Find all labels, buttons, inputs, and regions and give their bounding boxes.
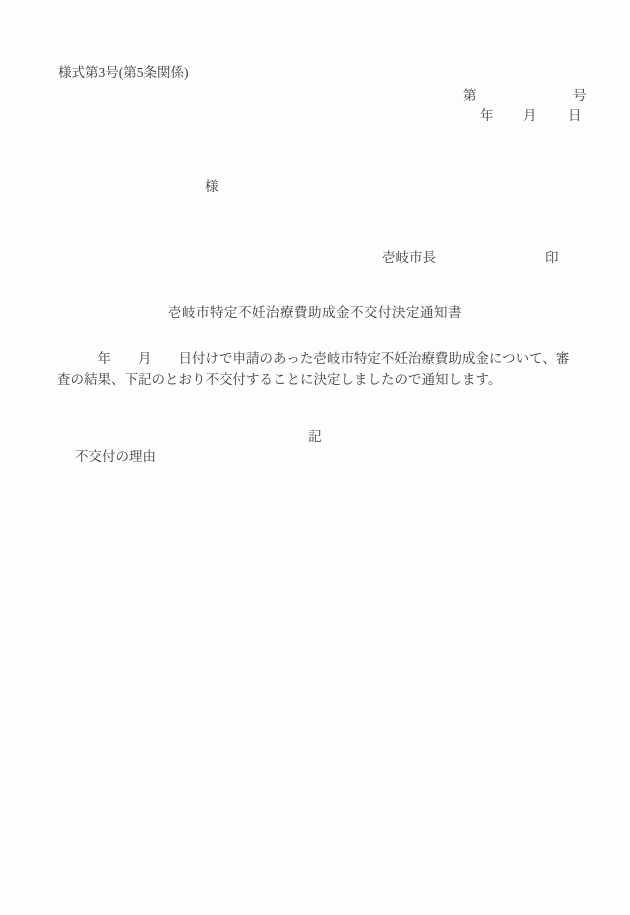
body-paragraph: 年 月 日付けで申請のあった壱岐市特定不妊治療費助成金について、審 査の結果、下…	[57, 348, 589, 390]
date-month-label: 月	[523, 109, 537, 123]
addressee-honorific: 様	[205, 180, 219, 194]
document-number-prefix: 第	[463, 89, 477, 103]
document-page: 様式第3号(第5条関係) 第 号 年 月 日 様 壱岐市長 印 壱岐市特定不妊治…	[0, 0, 630, 915]
seal-mark: 印	[545, 251, 559, 265]
date-day-label: 日	[568, 109, 582, 123]
date-year-label: 年	[480, 109, 494, 123]
form-number-label: 様式第3号(第5条関係)	[58, 66, 189, 80]
document-number-suffix: 号	[573, 89, 587, 103]
section-marker: 記	[0, 430, 630, 444]
document-title: 壱岐市特定不妊治療費助成金不交付決定通知書	[0, 306, 630, 320]
issuer-title: 壱岐市長	[382, 251, 436, 265]
reason-label: 不交付の理由	[75, 450, 156, 464]
